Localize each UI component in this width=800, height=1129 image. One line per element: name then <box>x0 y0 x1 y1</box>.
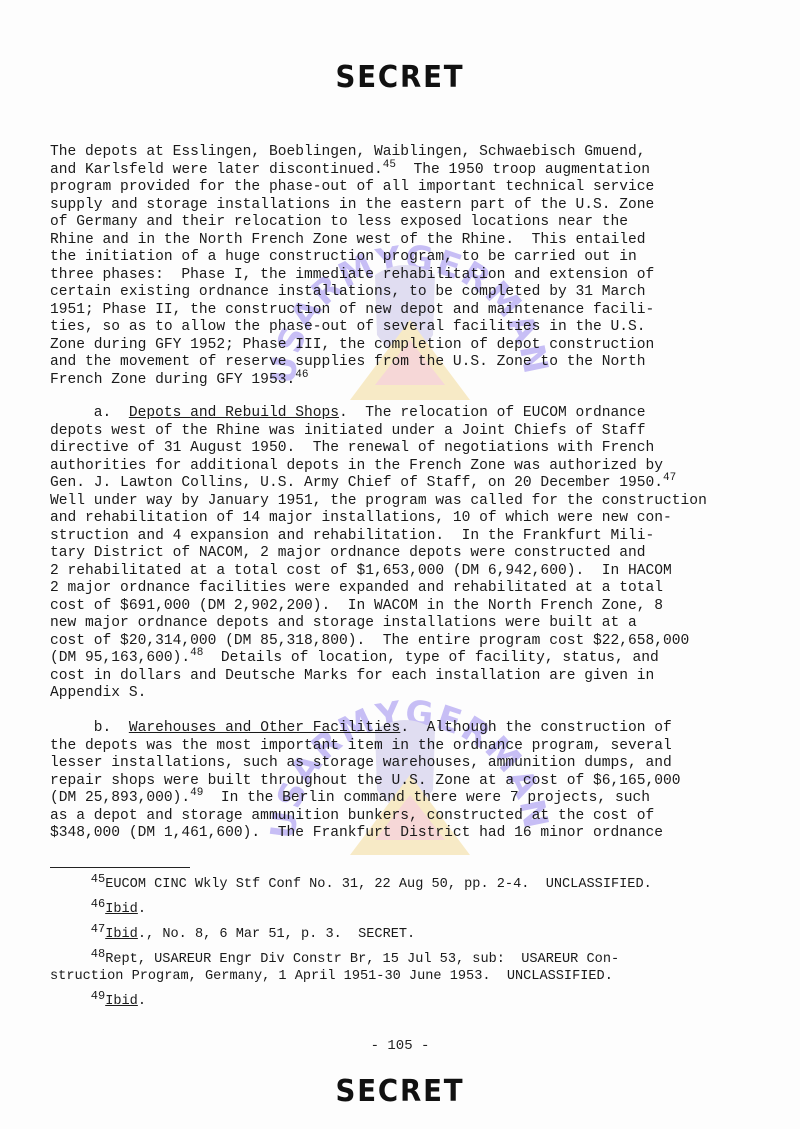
section-b-paragraph: b. Warehouses and Other Facilities. Alth… <box>50 720 770 843</box>
footnote-ref[interactable]: 48 <box>190 647 203 659</box>
footnote-45: 45EUCOM CINC Wkly Stf Conf No. 31, 22 Au… <box>50 876 770 893</box>
footnote-ref[interactable]: 49 <box>190 787 203 799</box>
section-marker: a. <box>94 405 112 421</box>
footnote-ref[interactable]: 45 <box>383 159 396 171</box>
intro-paragraph: The depots at Esslingen, Boeblingen, Wai… <box>50 144 770 389</box>
section-heading: Warehouses and Other Facilities <box>129 720 401 736</box>
footnote-46: 46Ibid. <box>50 901 770 918</box>
footnote-ref[interactable]: 46 <box>295 369 308 381</box>
footnote-divider <box>50 867 190 868</box>
section-marker: b. <box>94 720 112 736</box>
footnotes: 45EUCOM CINC Wkly Stf Conf No. 31, 22 Au… <box>50 876 770 1018</box>
document-page: SECRET USARMYGERMANY.COM USARMYGERMANY.C… <box>0 0 800 1129</box>
footnote-47: 47Ibid., No. 8, 6 Mar 51, p. 3. SECRET. <box>50 926 770 943</box>
footnote-ref[interactable]: 47 <box>663 472 676 484</box>
section-heading: Depots and Rebuild Shops <box>129 405 339 421</box>
classification-header: SECRET <box>32 60 768 95</box>
footnote-48: 48Rept, USAREUR Engr Div Constr Br, 15 J… <box>50 951 770 985</box>
section-a-paragraph: a. Depots and Rebuild Shops. The relocat… <box>50 405 770 703</box>
footnote-49: 49Ibid. <box>50 993 770 1010</box>
classification-footer: SECRET <box>32 1074 768 1109</box>
page-number: - 105 - <box>0 1038 800 1054</box>
